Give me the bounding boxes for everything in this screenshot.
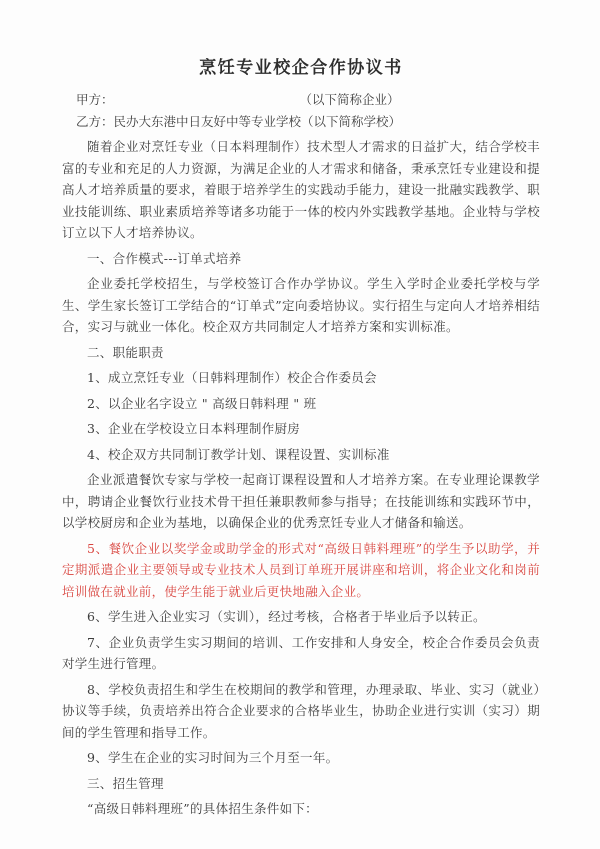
section-heading: 一、合作模式---订单式培养 xyxy=(62,248,540,270)
party-a-remark: （以下简称企业） xyxy=(300,89,400,111)
party-a-label: 甲方： xyxy=(76,92,114,107)
section-heading: 二、职能职责 xyxy=(62,342,540,364)
paragraph: 3、企业在学校设立日本料理制作厨房 xyxy=(62,418,540,440)
document-title: 烹饪专业校企合作协议书 xyxy=(62,56,540,80)
paragraph: 1、成立烹饪专业（日韩料理制作）校企合作委员会 xyxy=(62,367,540,389)
party-b-line: 乙方：民办大东港中日友好中等专业学校（以下简称学校） xyxy=(62,111,540,133)
document-body: 随着企业对烹饪专业（日本料理制作）技术型人才需求的日益扩大，结合学校丰富的专业和… xyxy=(62,136,540,820)
paragraph: 随着企业对烹饪专业（日本料理制作）技术型人才需求的日益扩大，结合学校丰富的专业和… xyxy=(62,136,540,244)
paragraph: 企业派遣餐饮专家与学校一起商订课程设置和人才培养方案。在专业理论课教学中，聘请企… xyxy=(62,469,540,534)
paragraph: 4、校企双方共同制订教学计划、课程设置、实训标准 xyxy=(62,444,540,466)
section-heading: 三、招生管理 xyxy=(62,773,540,795)
paragraph: 5、餐饮企业以奖学金或助学金的形式对“高级日韩料理班”的学生予以助学，并定期派遣… xyxy=(62,538,540,603)
paragraph: “高级日韩料理班”的具体招生条件如下： xyxy=(62,798,540,820)
paragraph: 2、以企业名字设立 " 高级日韩料理 " 班 xyxy=(62,393,540,415)
paragraph: 8、学校负责招生和学生在校期间的教学和管理，办理录取、毕业、实习（就业）协议等手… xyxy=(62,679,540,744)
paragraph: 企业委托学校招生，与学校签订合作办学协议。学生入学时企业委托学校与学生、学生家长… xyxy=(62,273,540,338)
paragraph: 9、学生在企业的实习时间为三个月至一年。 xyxy=(62,747,540,769)
document-page: 烹饪专业校企合作协议书 甲方：（以下简称企业） 乙方：民办大东港中日友好中等专业… xyxy=(0,0,600,849)
paragraph: 7、企业负责学生实习期间的培训、工作安排和人身安全，校企合作委员会负责对学生进行… xyxy=(62,632,540,675)
paragraph: 6、学生进入企业实习（实训），经过考核，合格者于毕业后予以转正。 xyxy=(62,606,540,628)
party-a-line: 甲方：（以下简称企业） xyxy=(62,89,540,111)
